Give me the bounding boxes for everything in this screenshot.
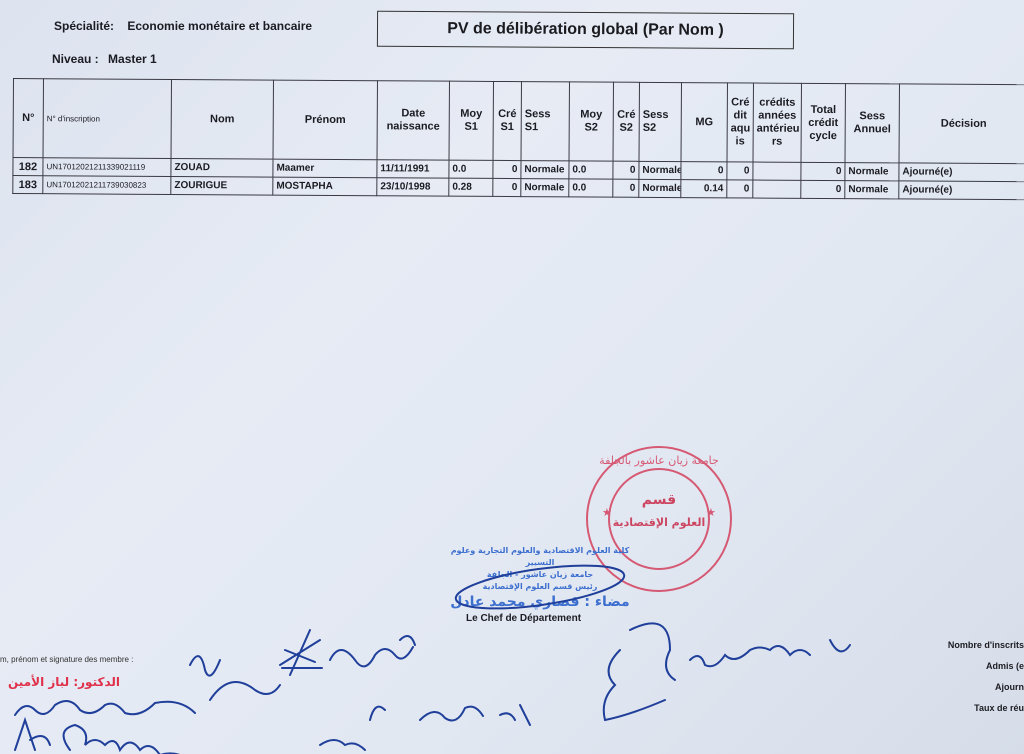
cell-moy-s2: 0.0 <box>569 179 613 197</box>
stamp-ring-text: جامعة زيان عاشور بالجلفة <box>588 454 730 467</box>
cell-date: 11/11/1991 <box>377 160 449 178</box>
deliberation-table: N° N° d'inscription Nom Prénom Date nais… <box>12 78 1024 200</box>
col-header: Sess S2 <box>639 82 681 161</box>
col-header: Prénom <box>273 80 377 160</box>
cell-prenom: Maamer <box>273 159 377 178</box>
cell-mg: 0.14 <box>681 180 727 198</box>
cell-total-credit: 0 <box>801 162 845 180</box>
cell-sess-s2: Normale <box>639 161 681 179</box>
cell-sess-s1: Normale <box>521 161 569 179</box>
col-header: Total crédit cycle <box>801 83 845 162</box>
col-header: Nom <box>171 79 273 159</box>
col-header: Moy S2 <box>569 82 613 161</box>
stamp-signatory: مضاء : قصاري محمد عادل <box>440 593 640 611</box>
cell-date: 23/10/1998 <box>377 178 449 196</box>
cell-n: 183 <box>13 176 43 194</box>
col-header: Date naissance <box>377 81 449 160</box>
document-title: PV de délibération global (Par Nom ) <box>377 11 794 50</box>
chef-label: Le Chef de Département <box>466 613 581 624</box>
col-header: N° <box>13 79 43 158</box>
stat-taux: Taux de réu <box>914 703 1024 724</box>
cell-credits-anterieurs <box>753 162 801 180</box>
stat-admis: Admis (e <box>914 661 1024 682</box>
cell-sess-s2: Normale <box>639 179 681 197</box>
niveau-value: Master 1 <box>108 52 157 66</box>
col-header: Sess Annuel <box>845 84 899 163</box>
stamp-line: كلية العلوم الاقتصادية والعلوم التجارية … <box>440 545 640 569</box>
specialite-line: Spécialité: Economie monétaire et bancai… <box>54 19 312 33</box>
cell-cre-s1: 0 <box>493 178 521 196</box>
specialite-label: Spécialité: <box>54 19 114 33</box>
col-header: crédits années antérieu rs <box>753 83 801 162</box>
cell-moy-s1: 0.28 <box>449 178 493 196</box>
col-header: N° d'inscription <box>43 79 171 159</box>
cell-cre-s1: 0 <box>493 160 521 178</box>
stamp-line: رئيس قسم العلوم الإقتصادية <box>440 581 640 593</box>
col-header: Décision <box>899 84 1024 164</box>
cell-credit-acquis: 0 <box>727 180 753 198</box>
cell-cre-s2: 0 <box>613 161 639 179</box>
cell-decision: Ajourné(e) <box>899 181 1024 200</box>
col-header: Cré S1 <box>493 81 521 160</box>
table-header-row: N° N° d'inscription Nom Prénom Date nais… <box>13 79 1024 164</box>
member-red-name: الدكتور: لباز الأمين <box>8 675 120 689</box>
stamp-line: جامعة زيان عاشور - الجلفة <box>440 569 640 581</box>
cell-nom: ZOUAD <box>171 158 273 177</box>
members-label: m, prénom et signature des membre : <box>0 655 133 664</box>
cell-moy-s1: 0.0 <box>449 160 493 178</box>
cell-decision: Ajourné(e) <box>899 163 1024 182</box>
niveau-label: Niveau : <box>52 52 99 66</box>
cell-credits-anterieurs <box>753 180 801 198</box>
col-header: Cré dit aqu is <box>727 83 753 162</box>
stats-block: Nombre d'inscrits Admis (e Ajourn Taux d… <box>914 640 1024 724</box>
cell-sess-annuel: Normale <box>845 181 899 199</box>
cell-total-credit: 0 <box>801 180 845 198</box>
stamp-title: قسم <box>588 492 730 508</box>
cell-sess-s1: Normale <box>521 179 569 197</box>
col-header: Cré S2 <box>613 82 639 161</box>
cell-sess-annuel: Normale <box>845 163 899 181</box>
chef-stamp: كلية العلوم الاقتصادية والعلوم التجارية … <box>440 545 640 611</box>
cell-nom: ZOURIGUE <box>171 176 273 195</box>
cell-n: 182 <box>13 158 43 176</box>
col-header: Moy S1 <box>449 81 493 160</box>
stamp-subtitle: العلوم الإقتصادية <box>588 516 730 529</box>
cell-moy-s2: 0.0 <box>569 161 613 179</box>
cell-inscription: UN17012021211339021119 <box>43 158 171 177</box>
col-header: MG <box>681 83 727 162</box>
stat-ajournes: Ajourn <box>914 682 1024 703</box>
niveau-line: Niveau : Master 1 <box>52 52 157 66</box>
col-header: Sess S1 <box>521 82 569 161</box>
cell-inscription: UN17012021211739030823 <box>43 176 171 195</box>
cell-credit-acquis: 0 <box>727 162 753 180</box>
specialite-value: Economie monétaire et bancaire <box>127 19 312 33</box>
stat-inscrits: Nombre d'inscrits <box>914 640 1024 661</box>
cell-prenom: MOSTAPHA <box>273 177 377 196</box>
cell-mg: 0 <box>681 162 727 180</box>
cell-cre-s2: 0 <box>613 179 639 197</box>
